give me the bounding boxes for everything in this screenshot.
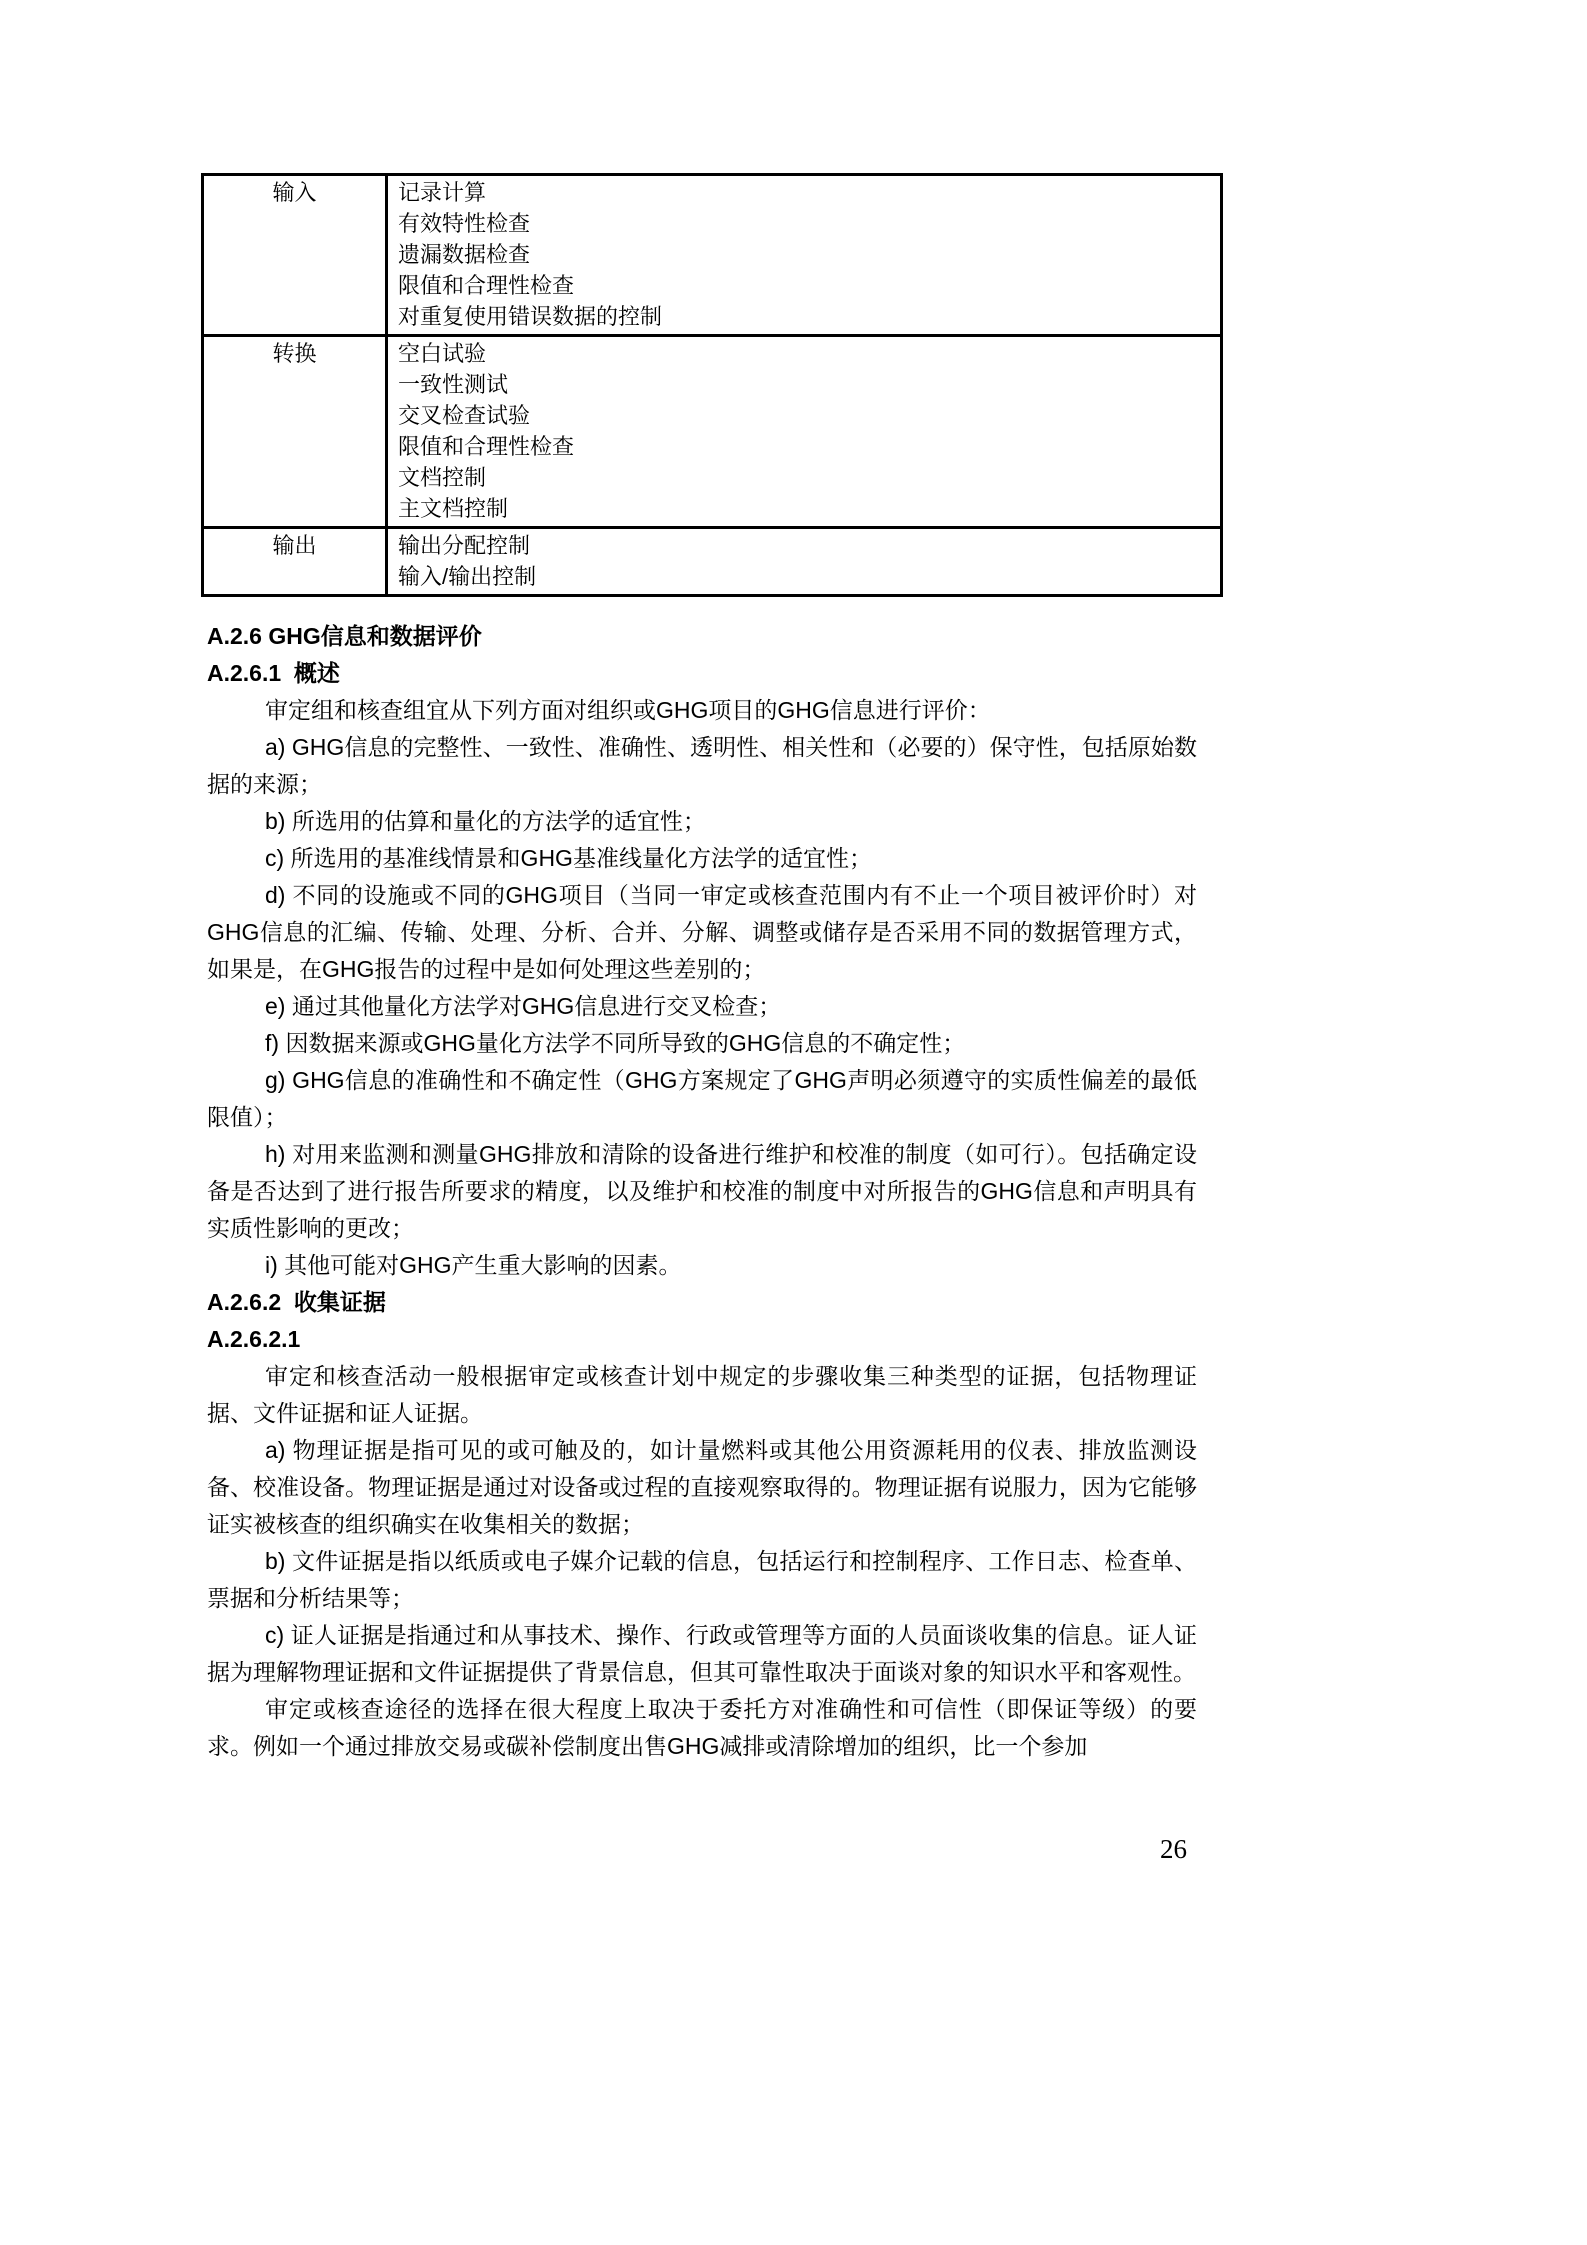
table-item-line: 有效特性检查 xyxy=(398,208,1212,239)
table-row: 输入记录计算有效特性检查遗漏数据检查限值和合理性检查对重复使用错误数据的控制 xyxy=(203,175,1222,336)
paragraph: 审定或核查途径的选择在很大程度上取决于委托方对准确性和可信性（即保证等级）的要求… xyxy=(207,1691,1197,1765)
table-row: 输出输出分配控制输入/输出控制 xyxy=(203,528,1222,596)
table-item-line: 一致性测试 xyxy=(398,369,1212,400)
section-heading: A.2.6.1 概述 xyxy=(207,655,1197,692)
paragraph: e) 通过其他量化方法学对GHG信息进行交叉检查； xyxy=(207,988,1197,1025)
table-item-line: 限值和合理性检查 xyxy=(398,431,1212,462)
document-page: 输入记录计算有效特性检查遗漏数据检查限值和合理性检查对重复使用错误数据的控制转换… xyxy=(0,0,1587,2245)
table-item-line: 主文档控制 xyxy=(398,493,1212,524)
paragraph: 审定和核查活动一般根据审定或核查计划中规定的步骤收集三种类型的证据，包括物理证据… xyxy=(207,1358,1197,1432)
table-item-line: 记录计算 xyxy=(398,177,1212,208)
paragraph: c) 所选用的基准线情景和GHG基准线量化方法学的适宜性； xyxy=(207,840,1197,877)
section-heading: A.2.6.2 收集证据 xyxy=(207,1284,1197,1321)
paragraph: f) 因数据来源或GHG量化方法学不同所导致的GHG信息的不确定性； xyxy=(207,1025,1197,1062)
page-number: 26 xyxy=(1160,1833,1187,1865)
table-item-line: 对重复使用错误数据的控制 xyxy=(398,301,1212,332)
data-control-table: 输入记录计算有效特性检查遗漏数据检查限值和合理性检查对重复使用错误数据的控制转换… xyxy=(201,173,1223,597)
row-label-cell: 输出 xyxy=(203,528,387,596)
paragraph: a) GHG信息的完整性、一致性、准确性、透明性、相关性和（必要的）保守性，包括… xyxy=(207,729,1197,803)
document-body: A.2.6 GHG信息和数据评价A.2.6.1 概述审定组和核查组宜从下列方面对… xyxy=(207,618,1197,1765)
table-item-line: 输出分配控制 xyxy=(398,530,1212,561)
paragraph: h) 对用来监测和测量GHG排放和清除的设备进行维护和校准的制度（如可行）。包括… xyxy=(207,1136,1197,1247)
paragraph: c) 证人证据是指通过和从事技术、操作、行政或管理等方面的人员面谈收集的信息。证… xyxy=(207,1617,1197,1691)
section-heading: A.2.6.2.1 xyxy=(207,1321,1197,1358)
section-heading: A.2.6 GHG信息和数据评价 xyxy=(207,618,1197,655)
row-label-cell: 转换 xyxy=(203,336,387,528)
table-item-line: 输入/输出控制 xyxy=(398,561,1212,592)
row-items-cell: 输出分配控制输入/输出控制 xyxy=(387,528,1222,596)
paragraph: d) 不同的设施或不同的GHG项目（当同一审定或核查范围内有不止一个项目被评价时… xyxy=(207,877,1197,988)
paragraph: i) 其他可能对GHG产生重大影响的因素。 xyxy=(207,1247,1197,1284)
row-items-cell: 空白试验一致性测试交叉检查试验限值和合理性检查文档控制主文档控制 xyxy=(387,336,1222,528)
paragraph: a) 物理证据是指可见的或可触及的，如计量燃料或其他公用资源耗用的仪表、排放监测… xyxy=(207,1432,1197,1543)
table-item-line: 限值和合理性检查 xyxy=(398,270,1212,301)
paragraph: 审定组和核查组宜从下列方面对组织或GHG项目的GHG信息进行评价： xyxy=(207,692,1197,729)
table-row: 转换空白试验一致性测试交叉检查试验限值和合理性检查文档控制主文档控制 xyxy=(203,336,1222,528)
row-label-cell: 输入 xyxy=(203,175,387,336)
paragraph: b) 所选用的估算和量化的方法学的适宜性； xyxy=(207,803,1197,840)
table-item-line: 交叉检查试验 xyxy=(398,400,1212,431)
table-item-line: 空白试验 xyxy=(398,338,1212,369)
table-item-line: 文档控制 xyxy=(398,462,1212,493)
row-items-cell: 记录计算有效特性检查遗漏数据检查限值和合理性检查对重复使用错误数据的控制 xyxy=(387,175,1222,336)
table-body: 输入记录计算有效特性检查遗漏数据检查限值和合理性检查对重复使用错误数据的控制转换… xyxy=(203,175,1222,596)
table-item-line: 遗漏数据检查 xyxy=(398,239,1212,270)
paragraph: g) GHG信息的准确性和不确定性（GHG方案规定了GHG声明必须遵守的实质性偏… xyxy=(207,1062,1197,1136)
paragraph: b) 文件证据是指以纸质或电子媒介记载的信息，包括运行和控制程序、工作日志、检查… xyxy=(207,1543,1197,1617)
